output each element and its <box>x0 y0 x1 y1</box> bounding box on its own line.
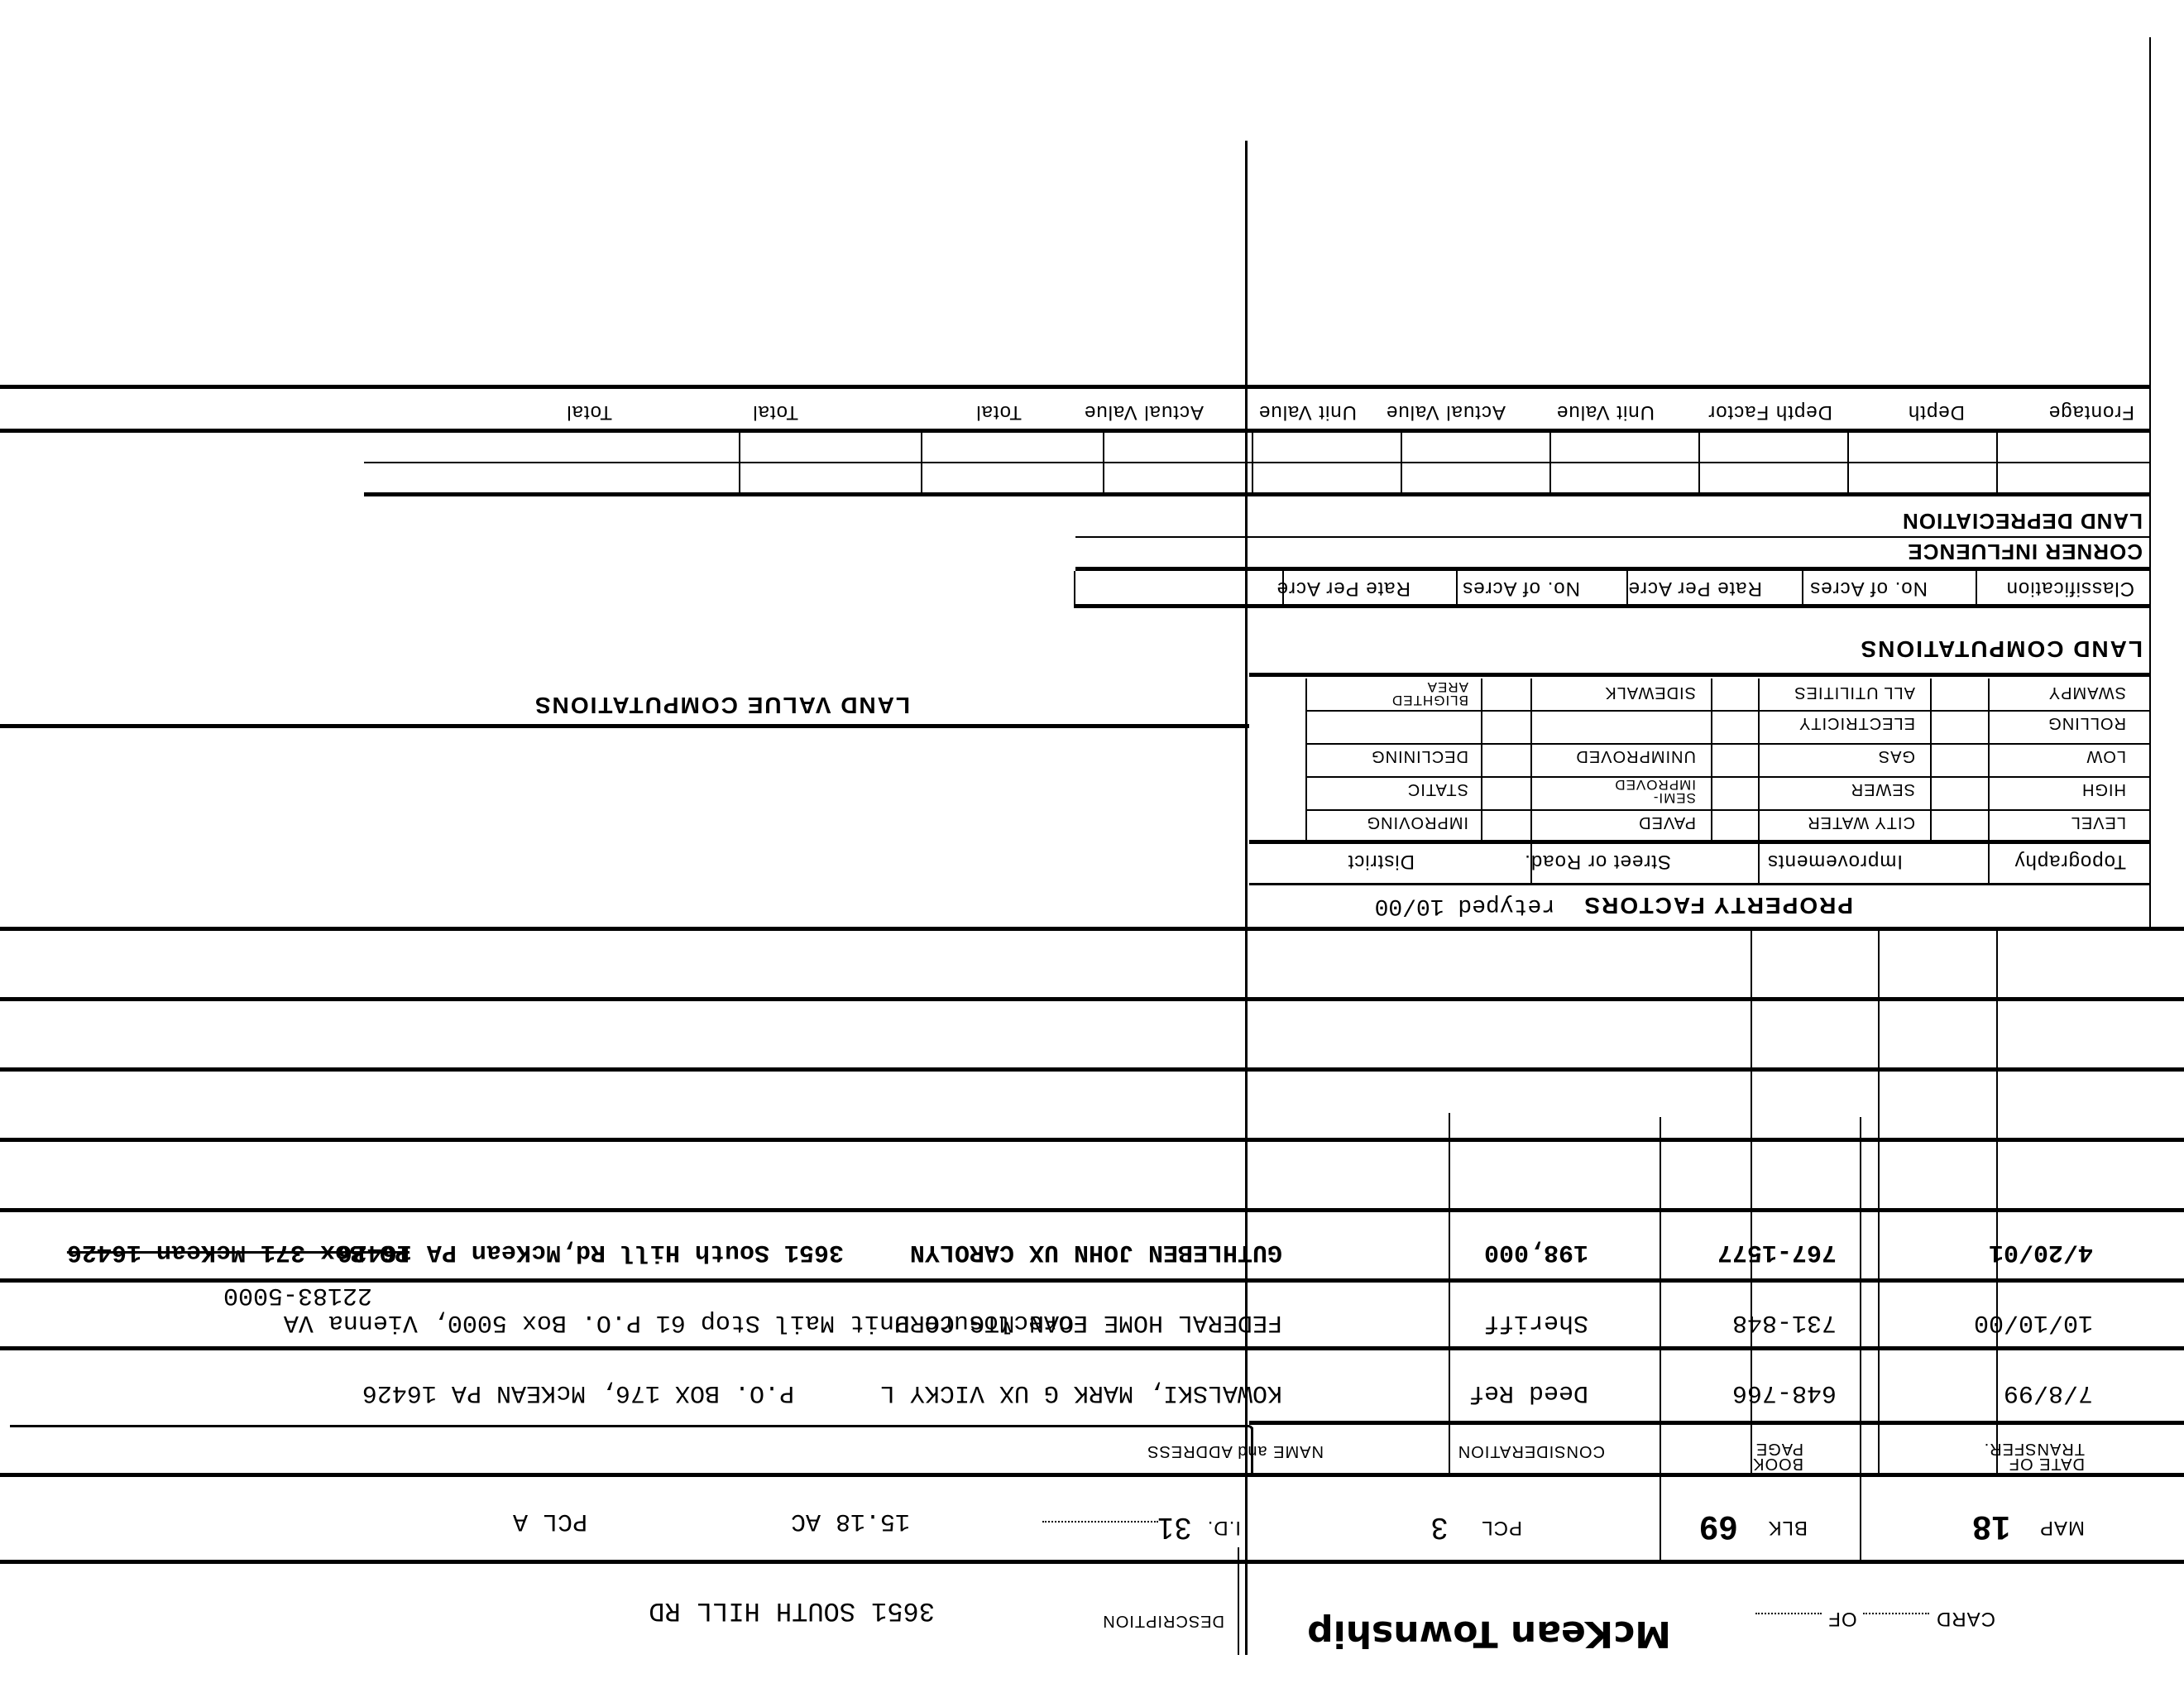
factor-unimproved: UNIMPROVED <box>1575 746 1696 765</box>
card-label: CARD OF <box>1755 1607 1995 1630</box>
divider <box>1711 679 1712 844</box>
divider <box>1930 679 1932 844</box>
transfer-consideration: Sheriff <box>1484 1308 1588 1336</box>
divider <box>1878 931 1880 1212</box>
acres-header-2: No. of Acres <box>1462 577 1580 600</box>
land-value-computations-title: LAND VALUE COMPUTATIONS <box>534 692 910 718</box>
transfer-address: P.O. BOX 176, McKEAN PA 16426 <box>362 1379 794 1407</box>
divider <box>364 492 2151 496</box>
divider <box>1996 430 1998 496</box>
divider <box>0 429 2151 433</box>
improvements-header: Improvements <box>1767 850 1903 873</box>
land-computations-title: LAND COMPUTATIONS <box>1860 635 2143 662</box>
divider <box>739 430 740 496</box>
factor-sidewalk: SIDEWALK <box>1604 683 1696 702</box>
transfer-book-page: 767-1577 <box>1717 1238 1837 1266</box>
factor-all-utilities: ALL UTILITIES <box>1794 683 1915 702</box>
classification-header: Classification <box>2006 577 2134 600</box>
divider <box>0 927 2184 931</box>
transfer-consideration: Deed Ref <box>1469 1379 1588 1407</box>
acres-header: No. of Acres <box>1809 577 1928 600</box>
divider <box>1802 571 1803 608</box>
pcl-value: 3 <box>1430 1511 1448 1546</box>
factor-swampy: SWAMPY <box>2048 683 2126 702</box>
divider <box>0 385 2151 389</box>
transfer-date: 4/20/01 <box>1989 1238 2093 1266</box>
factor-improving: IMPROVING <box>1367 813 1468 832</box>
blk-label: BLK <box>1768 1516 1808 1539</box>
rate-header: Rate Per Acre <box>1628 577 1762 600</box>
divider <box>1103 430 1104 496</box>
divider <box>0 1208 2184 1212</box>
divider <box>1481 679 1482 844</box>
divider <box>1976 571 1977 608</box>
land-depreciation-label: LAND DEPRECIATION <box>1902 508 2143 534</box>
property-factors-title: PROPERTY FACTORS <box>1583 892 1853 918</box>
factor-level: LEVEL <box>2071 813 2126 832</box>
card-label-text: CARD <box>1936 1608 1995 1630</box>
divider <box>1698 430 1700 496</box>
property-record-card: McKean Township CARD OF DESCRIPTION 3651… <box>0 0 2184 1688</box>
retyped-note: retyped 10/00 <box>1375 893 1555 918</box>
divider <box>1249 673 2151 677</box>
transfer-date-header: DATE OF TRANSFER. <box>1961 1441 2085 1471</box>
district-header: District <box>1348 850 1415 873</box>
factor-low: LOW <box>2086 746 2126 765</box>
divider <box>0 1067 2184 1072</box>
divider <box>1249 883 2151 885</box>
divider <box>1307 809 2151 811</box>
card-number-field[interactable] <box>1863 1613 1929 1614</box>
transfer-address: 3651 South Hill Rd,McKean PA 16426 <box>338 1238 844 1266</box>
transfer-date: 10/10/00 <box>1974 1308 2093 1336</box>
factor-semi-improved: SEMI-IMPROVED <box>1605 778 1696 804</box>
divider <box>1075 536 2151 538</box>
divider <box>1307 776 2151 778</box>
divider <box>1252 430 1253 496</box>
factor-declining: DECLINING <box>1371 746 1468 765</box>
divider <box>0 724 1249 728</box>
transfer-consideration: 198,000 <box>1484 1238 1588 1266</box>
divider <box>1847 430 1849 496</box>
frontage-header: Frontage <box>2048 400 2134 424</box>
id-label: I.D. <box>1207 1516 1241 1539</box>
divider <box>921 430 922 496</box>
description-label: DESCRIPTION <box>1102 1611 1224 1630</box>
divider <box>1074 571 1075 608</box>
of-label-text: OF <box>1827 1608 1856 1630</box>
divider <box>0 1560 2184 1564</box>
map-value: 18 <box>1972 1508 2011 1546</box>
divider <box>1282 571 1284 608</box>
topography-header: Topography <box>2014 850 2126 873</box>
description-pcl: PCL A <box>513 1507 587 1535</box>
divider <box>1075 567 2151 571</box>
divider <box>1626 571 1628 608</box>
corner-influence-label: CORNER INFLUENCE <box>1907 539 2143 564</box>
divider <box>0 1346 2184 1350</box>
depth-factor-header: Depth Factor <box>1707 400 1832 424</box>
factor-electricity: ELECTRICITY <box>1798 713 1915 732</box>
divider <box>1401 430 1402 496</box>
divider <box>1249 840 2151 844</box>
transfer-address-zip: 22183-5000 <box>223 1281 372 1309</box>
total-header-3: Total <box>566 400 612 424</box>
total-header: Total <box>975 400 1022 424</box>
factor-paved: PAVED <box>1638 813 1696 832</box>
divider <box>0 1138 2184 1142</box>
divider <box>1751 931 1752 1212</box>
factor-static: STATIC <box>1407 779 1468 798</box>
divider <box>1307 743 2151 745</box>
divider <box>1660 1117 1661 1564</box>
factor-rolling: ROLLING <box>2047 713 2126 732</box>
divider <box>2149 37 2151 931</box>
transfer-name: KOWALSKI, MARK G UX VICKY L <box>880 1379 1282 1407</box>
transfer-name: GUTHLEBEN JOHN UX CAROLYN <box>910 1238 1282 1266</box>
township-name: McKean Township <box>1307 1613 1671 1655</box>
transfer-address: Foreclosure Unit Mail Stop 61 P.O. Box 5… <box>284 1308 1088 1336</box>
divider <box>1075 604 2151 608</box>
pcl-label: PCL <box>1481 1516 1522 1539</box>
map-label: MAP <box>2039 1516 2085 1539</box>
actual-value-header: Actual Value <box>1386 400 1506 424</box>
transfer-book-page: 731-848 <box>1732 1308 1837 1336</box>
book-page-header: BOOK PAGE <box>1729 1441 1803 1471</box>
factor-blighted-area: BLIGHTED AREA <box>1369 680 1468 707</box>
factor-high: HIGH <box>2081 779 2126 798</box>
card-of-field[interactable] <box>1755 1613 1822 1614</box>
divider <box>1996 931 1998 1212</box>
actual-value-header-2: Actual Value <box>1084 400 1204 424</box>
total-header-2: Total <box>752 400 798 424</box>
name-header-box <box>10 1425 1253 1477</box>
divider <box>1305 679 1307 844</box>
divider <box>364 462 2151 463</box>
transfer-address-struck: PO Box 371 McKean 16426 <box>67 1238 409 1266</box>
depth-header: Depth <box>1908 400 1965 424</box>
divider <box>0 997 2184 1001</box>
transfer-date: 7/8/99 <box>2004 1379 2093 1407</box>
divider <box>1307 710 2151 712</box>
blk-value: 69 <box>1699 1508 1738 1546</box>
factor-sewer: SEWER <box>1851 779 1915 798</box>
id-dotted <box>1042 1521 1158 1523</box>
consideration-header: CONSIDERATION <box>1458 1441 1605 1460</box>
transfer-book-page: 648-766 <box>1732 1379 1837 1407</box>
unit-value-header-2: Unit Value <box>1258 400 1357 424</box>
factor-city-water: CITY WATER <box>1807 813 1915 832</box>
rate-header-2: Rate Per Acre <box>1276 577 1410 600</box>
street-road-header: Street or Road. <box>1524 850 1671 873</box>
description-acres: 15.18 AC <box>791 1507 910 1535</box>
divider <box>1249 1421 2184 1425</box>
divider <box>1456 571 1458 608</box>
factor-gas: GAS <box>1878 746 1915 765</box>
divider <box>1860 1117 1861 1564</box>
divider <box>0 1278 2184 1283</box>
id-value: 31 <box>1157 1511 1191 1546</box>
divider <box>1549 430 1551 496</box>
unit-value-header: Unit Value <box>1556 400 1655 424</box>
description-address: 3651 SOUTH HILL RD <box>649 1595 935 1626</box>
